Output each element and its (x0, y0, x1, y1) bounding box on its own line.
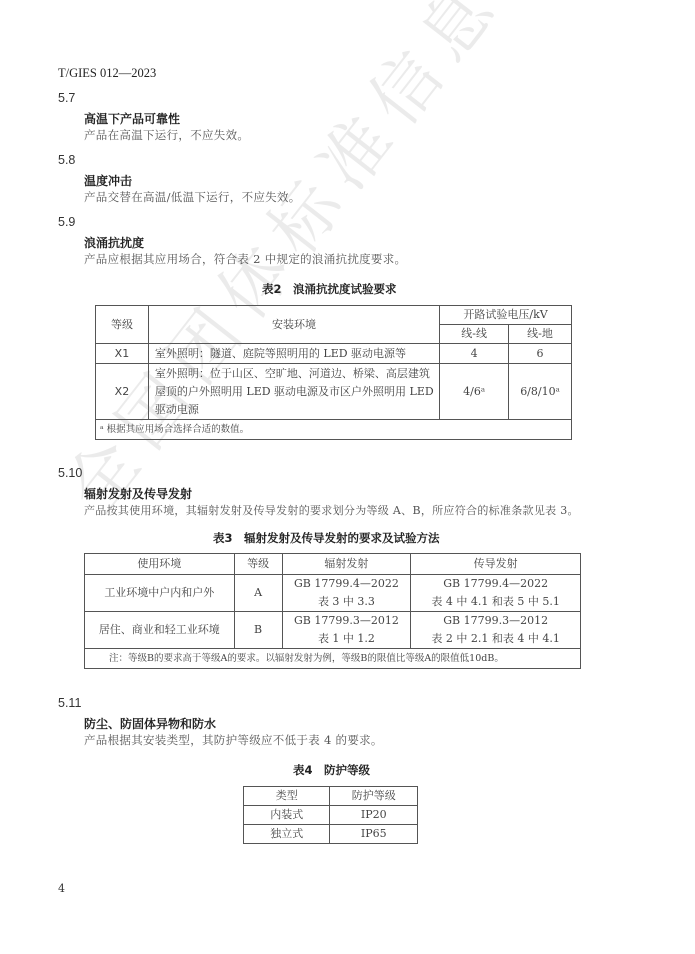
section-number: 5.10 (58, 466, 82, 480)
type-cell: 独立式 (244, 825, 330, 844)
grade-cell: B (234, 612, 282, 649)
env-cell: 室外照明：位于山区、空旷地、河道边、桥梁、高层建筑屋顶的户外照明用 LED 驱动… (148, 364, 439, 420)
section-title: 防尘、防固体异物和防水 (84, 715, 216, 732)
section-title: 温度冲击 (84, 172, 132, 189)
header-env: 安装环境 (148, 306, 439, 344)
table2-footnote: ᵃ 根据其应用场合选择合适的数值。 (96, 420, 572, 440)
table4: 类型 防护等级 内装式 IP20 独立式 IP65 (243, 786, 418, 844)
table3-caption: 表3 辐射发射及传导发射的要求及试验方法 (213, 530, 440, 546)
grade-cell: X1 (96, 344, 149, 364)
table3: 使用环境 等级 辐射发射 传导发射 工业环境中户内和户外 A GB 17799.… (84, 553, 581, 669)
header-conducted: 传导发射 (411, 554, 581, 575)
radiated-cell: GB 17799.3—2012表 1 中 1.2 (282, 612, 411, 649)
section-body: 产品在高温下运行，不应失效。 (84, 127, 249, 143)
lg-cell: 6 (509, 344, 572, 364)
table-row: X2 室外照明：位于山区、空旷地、河道边、桥梁、高层建筑屋顶的户外照明用 LED… (96, 364, 572, 420)
table-row: 内装式 IP20 (244, 806, 418, 825)
section-number: 5.9 (58, 215, 75, 229)
std-ref: GB 17799.3—2012 (286, 612, 408, 630)
table-row: X1 室外照明：隧道、庭院等照明用的 LED 驱动电源等 4 6 (96, 344, 572, 364)
header-grade: 等级 (96, 306, 149, 344)
ip-cell: IP20 (330, 806, 418, 825)
type-cell: 内装式 (244, 806, 330, 825)
header-radiated: 辐射发射 (282, 554, 411, 575)
header-line-line: 线-线 (440, 325, 509, 344)
header-env: 使用环境 (85, 554, 235, 575)
env-cell: 居住、商业和轻工业环境 (85, 612, 235, 649)
section-title: 高温下产品可靠性 (84, 110, 180, 127)
section-body: 产品按其使用环境，其辐射发射及传导发射的要求划分为等级 A、B，所应符合的标准条… (84, 502, 579, 518)
section-number: 5.11 (58, 696, 81, 710)
clause-ref: 表 4 中 4.1 和表 5 中 5.1 (414, 593, 577, 611)
table2-caption: 表2 浪涌抗扰度试验要求 (262, 281, 397, 297)
ll-cell: 4 (440, 344, 509, 364)
conducted-cell: GB 17799.4—2022表 4 中 4.1 和表 5 中 5.1 (411, 575, 581, 612)
table-row: 居住、商业和轻工业环境 B GB 17799.3—2012表 1 中 1.2 G… (85, 612, 581, 649)
table4-caption: 表4 防护等级 (293, 762, 370, 778)
header-line-ground: 线-地 (509, 325, 572, 344)
grade-cell: A (234, 575, 282, 612)
conducted-cell: GB 17799.3—2012表 2 中 2.1 和表 4 中 4.1 (411, 612, 581, 649)
clause-ref: 表 3 中 3.3 (286, 593, 408, 611)
clause-ref: 表 1 中 1.2 (286, 630, 408, 648)
header-voltage: 开路试验电压/kV (440, 306, 572, 325)
header-type: 类型 (244, 787, 330, 806)
table3-note: 注：等级B的要求高于等级A的要求。以辐射发射为例，等级B的限值比等级A的限值低1… (85, 649, 581, 669)
std-ref: GB 17799.3—2012 (414, 612, 577, 630)
section-number: 5.8 (58, 153, 75, 167)
ip-cell: IP65 (330, 825, 418, 844)
table2: 等级 安装环境 开路试验电压/kV 线-线 线-地 X1 室外照明：隧道、庭院等… (95, 305, 572, 440)
radiated-cell: GB 17799.4—2022表 3 中 3.3 (282, 575, 411, 612)
env-cell: 工业环境中户内和户外 (85, 575, 235, 612)
section-title: 辐射发射及传导发射 (84, 485, 192, 502)
std-ref: GB 17799.4—2022 (286, 575, 408, 593)
header-grade: 等级 (234, 554, 282, 575)
section-body: 产品根据其安装类型，其防护等级应不低于表 4 的要求。 (84, 732, 383, 748)
page-number: 4 (58, 882, 65, 895)
document-id: T/GIES 012—2023 (58, 66, 156, 81)
lg-cell: 6/8/10ᵃ (509, 364, 572, 420)
clause-ref: 表 2 中 2.1 和表 4 中 4.1 (414, 630, 577, 648)
table-row: 独立式 IP65 (244, 825, 418, 844)
table-row: 工业环境中户内和户外 A GB 17799.4—2022表 3 中 3.3 GB… (85, 575, 581, 612)
section-number: 5.7 (58, 91, 75, 105)
env-cell: 室外照明：隧道、庭院等照明用的 LED 驱动电源等 (148, 344, 439, 364)
ll-cell: 4/6ᵃ (440, 364, 509, 420)
section-body: 产品交替在高温/低温下运行，不应失效。 (84, 189, 301, 205)
section-body: 产品应根据其应用场合，符合表 2 中规定的浪涌抗扰度要求。 (84, 251, 406, 267)
header-protection: 防护等级 (330, 787, 418, 806)
std-ref: GB 17799.4—2022 (414, 575, 577, 593)
section-title: 浪涌抗扰度 (84, 234, 144, 251)
grade-cell: X2 (96, 364, 149, 420)
